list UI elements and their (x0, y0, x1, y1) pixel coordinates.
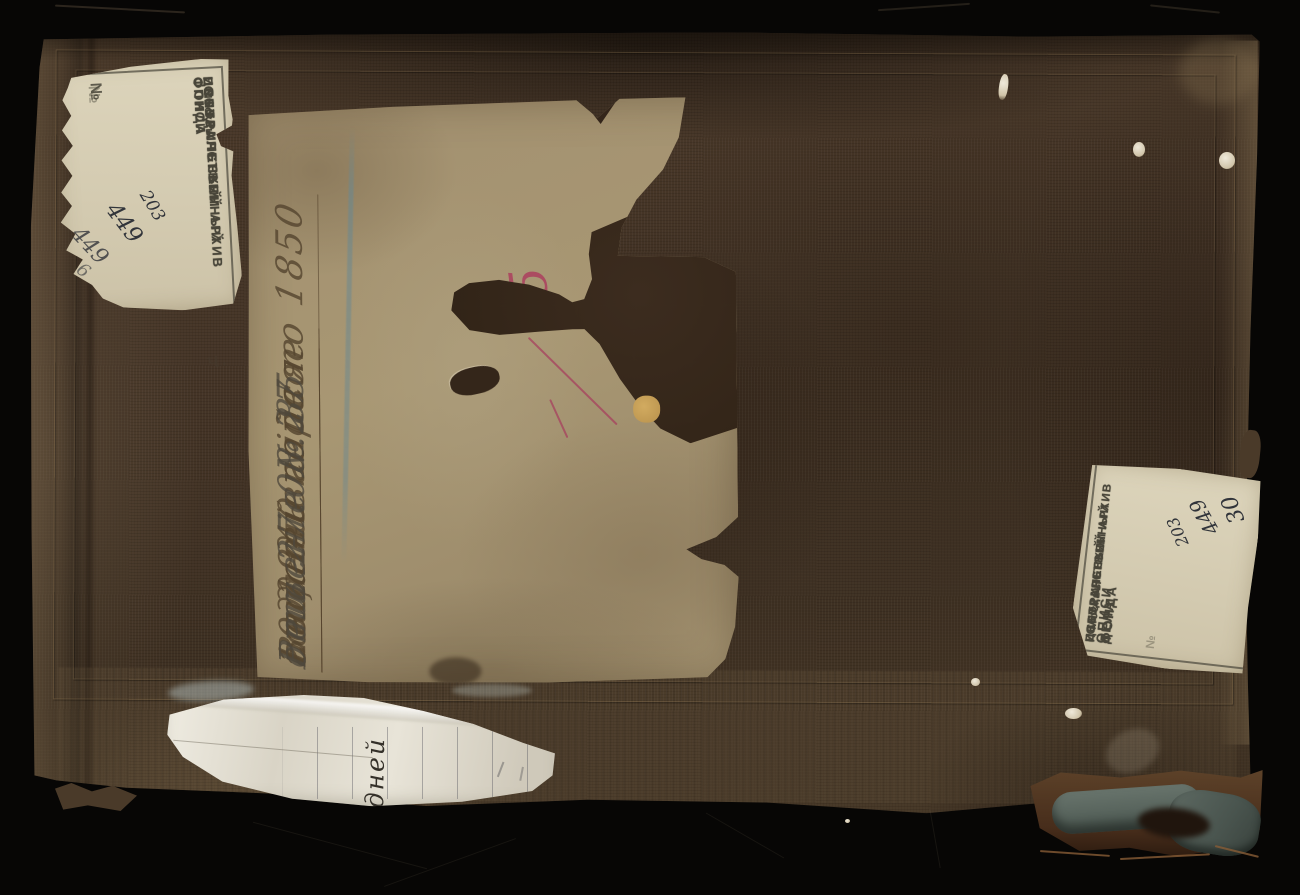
loose-thread (1040, 850, 1110, 857)
stamp-field-dela: ДЕЛА (1096, 643, 1112, 645)
loose-thread (1120, 853, 1210, 860)
ghost-outline (929, 809, 940, 868)
stamp-field-opisi: ОПИСИ (190, 77, 206, 78)
handwritten-delo-number: 30 (1217, 492, 1251, 527)
background-scratch (1150, 4, 1220, 13)
archive-stamp-block: ЦЕНТРАЛЬНЫЙ ГОСУДАРСТВЕННЫЙ ИСТОРИЧЕСКИЙ… (51, 55, 244, 316)
white-speck (845, 819, 850, 823)
handwritten-word: дней (360, 724, 391, 809)
archive-stamp-block: ЦЕНТРАЛЬНЫЙ ГОСУДАРСТВЕННЫЙ ИСТОРИЧЕСКИЙ… (1067, 459, 1265, 678)
white-speck (971, 678, 980, 686)
stamp-border-box: ЦЕНТРАЛЬНЫЙ ГОСУДАРСТВЕННЫЙ ИСТОРИЧЕСКИЙ… (1074, 451, 1272, 670)
ruled-column-lines (283, 727, 548, 799)
paper-smudge (452, 684, 532, 697)
handwritten-fond-number: 203 (135, 187, 169, 225)
number-sign: № (86, 82, 105, 101)
white-blob (1065, 708, 1082, 719)
handwritten-fond-number: 203 (1163, 514, 1193, 550)
wax-spot (1219, 152, 1235, 169)
ghost-outline (706, 813, 784, 859)
number-sign: № (1143, 635, 1158, 650)
archival-book-cover-photo: ч. Ведать первое и щадившійся съ 1840 го… (0, 0, 1300, 895)
field-label: ОПИСИ (190, 77, 208, 135)
background-scratch (55, 5, 185, 14)
wax-spot (1133, 142, 1145, 157)
yellowed-patch (633, 396, 660, 423)
background-scratch (878, 3, 970, 11)
archive-label-right: ЦЕНТРАЛЬНЫЙ ГОСУДАРСТВЕННЫЙ ИСТОРИЧЕСКИЙ… (1067, 459, 1265, 678)
archive-label-top-left: ЦЕНТРАЛЬНЫЙ ГОСУДАРСТВЕННЫЙ ИСТОРИЧЕСКИЙ… (51, 55, 244, 316)
ghost-outline (253, 822, 427, 870)
